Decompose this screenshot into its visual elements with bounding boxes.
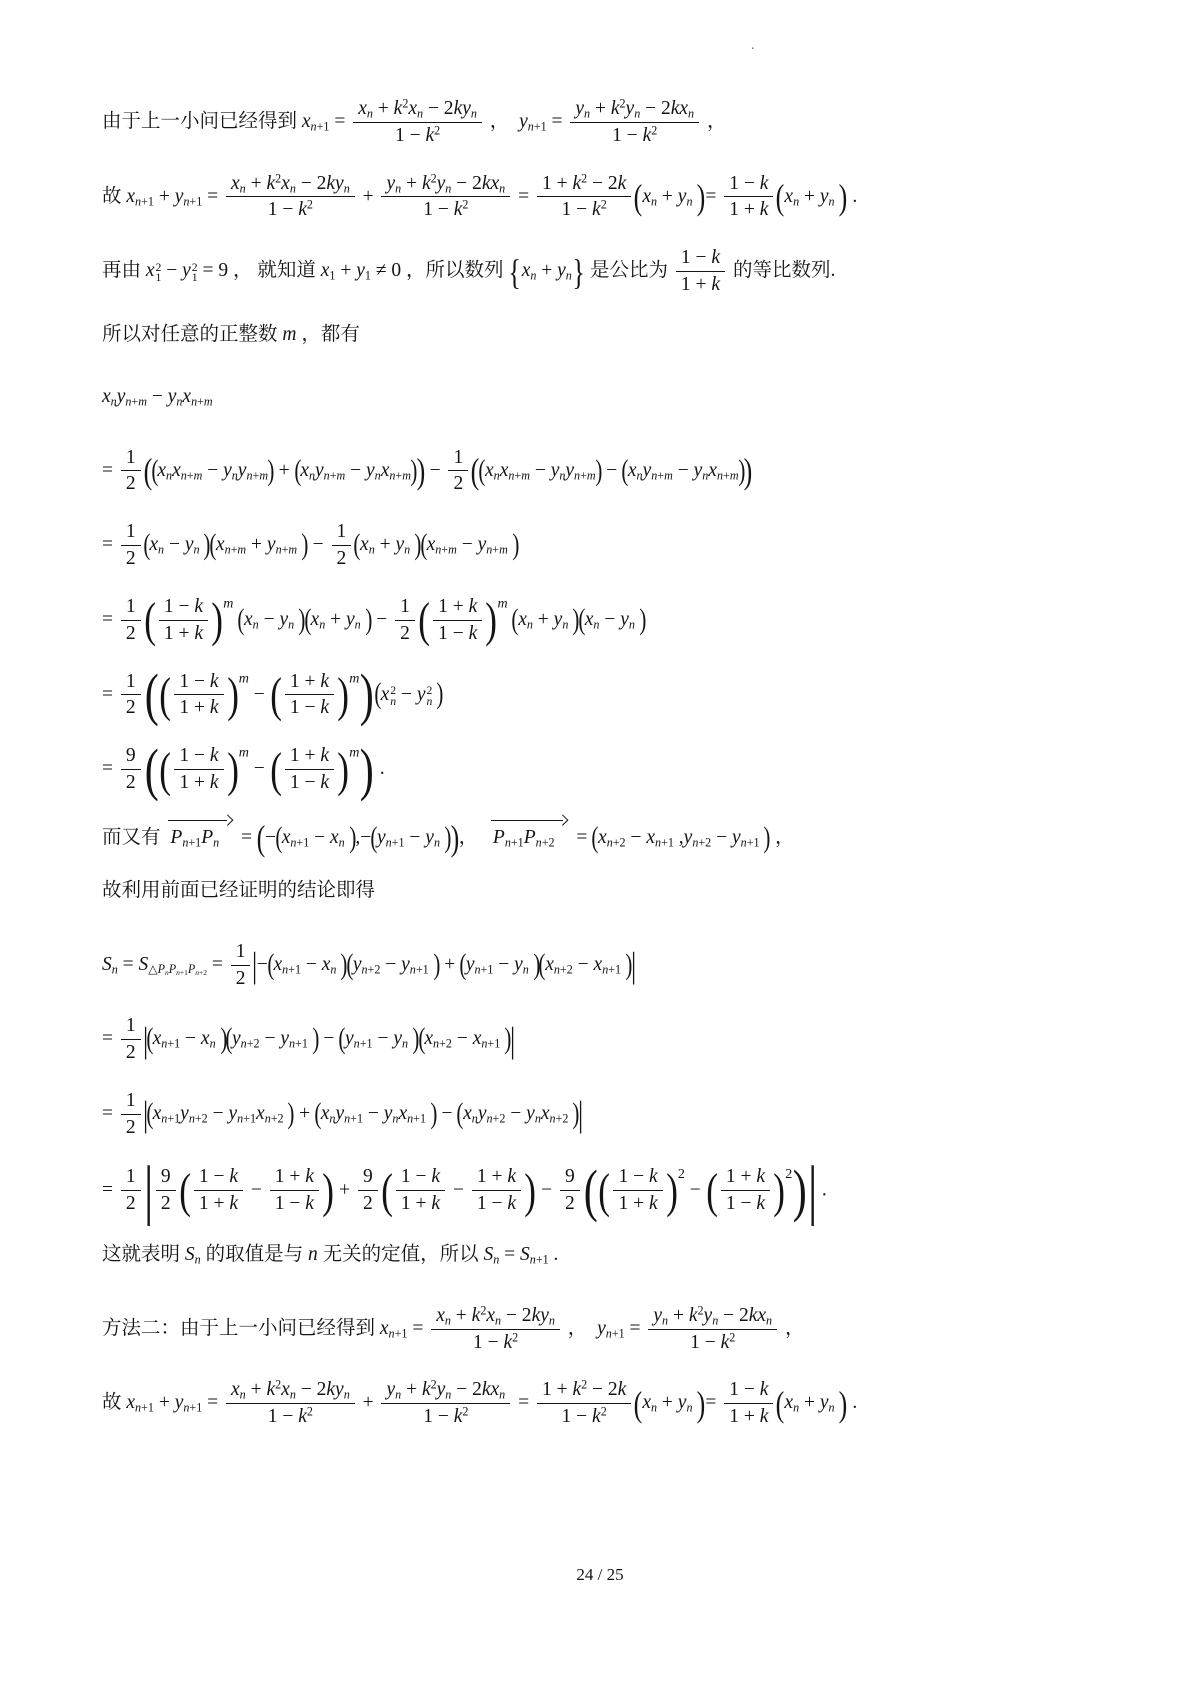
line-expression: xnyn+m − ynxn+m bbox=[102, 384, 1112, 410]
line-area-value: = 12|92(1 − k1 + k − 1 + k1 − k) + 92(1 … bbox=[102, 1165, 1112, 1217]
page-content: 由于上一小问已经得到 xn+1 = xn + k2xn − 2kyn1 − k2… bbox=[102, 98, 1112, 1454]
line-geometric-ratio: 再由 x21 − y21 = 9 ， 就知道 x1 + y1 ≠ 0 ，所以数列… bbox=[102, 247, 1112, 296]
line-use-conclusion: 故利用前面已经证明的结论即得 bbox=[102, 878, 1112, 904]
line-ratio-powers: = 12(1 − k1 + k)m (xn − yn )(xn + yn ) −… bbox=[102, 596, 1112, 645]
stray-dot: . bbox=[751, 38, 755, 54]
line-sn-constant: 这就表明 Sn 的取值是与 n 无关的定值，所以 Sn = Sn+1 . bbox=[102, 1242, 1112, 1268]
line-for-any-m: 所以对任意的正整数 m ，都有 bbox=[102, 322, 1112, 348]
line-factored: = 12(xn − yn )(xn+m + yn+m ) − 12(xn + y… bbox=[102, 521, 1112, 570]
document-page: . 由于上一小问已经得到 xn+1 = xn + k2xn − 2kyn1 − … bbox=[0, 0, 1200, 1697]
line-area-step3: = 12|(xn+1yn+2 − yn+1xn+2 ) + (xnyn+1 − … bbox=[102, 1090, 1112, 1139]
line-vectors: 而又有 Pn+1Pn = (−(xn+1 − xn ),−(yn+1 − yn … bbox=[102, 820, 1112, 853]
line-given-recurrence: 由于上一小问已经得到 xn+1 = xn + k2xn − 2kyn1 − k2… bbox=[102, 98, 1112, 147]
vector-arrow: Pn+1Pn bbox=[168, 820, 231, 851]
line-nine-halves: = 92((1 − k1 + k)m − (1 + k1 − k)m) . bbox=[102, 745, 1112, 794]
line-difference-powers: = 12((1 − k1 + k)m − (1 + k1 − k)m)(x2n … bbox=[102, 671, 1112, 720]
page-number: 24 / 25 bbox=[0, 1565, 1200, 1585]
line-method2-given: 方法二：由于上一小问已经得到 xn+1 = xn + k2xn − 2kyn1 … bbox=[102, 1305, 1112, 1354]
line-area-sn: Sn = S△PnPn+1Pn+2 = 12|−(xn+1 − xn )(yn+… bbox=[102, 941, 1112, 990]
line-area-step2: = 12|(xn+1 − xn )(yn+2 − yn+1 ) − (yn+1 … bbox=[102, 1015, 1112, 1064]
line-expand-half: = 12((xnxn+m − ynyn+m) + (xnyn+m − ynxn+… bbox=[102, 447, 1112, 496]
line-sum-recurrence: 故 xn+1 + yn+1 = xn + k2xn − 2kyn1 − k2 +… bbox=[102, 173, 1112, 222]
line-method2-sum: 故 xn+1 + yn+1 = xn + k2xn − 2kyn1 − k2 +… bbox=[102, 1379, 1112, 1428]
vector-arrow: Pn+1Pn+2 bbox=[491, 820, 567, 851]
